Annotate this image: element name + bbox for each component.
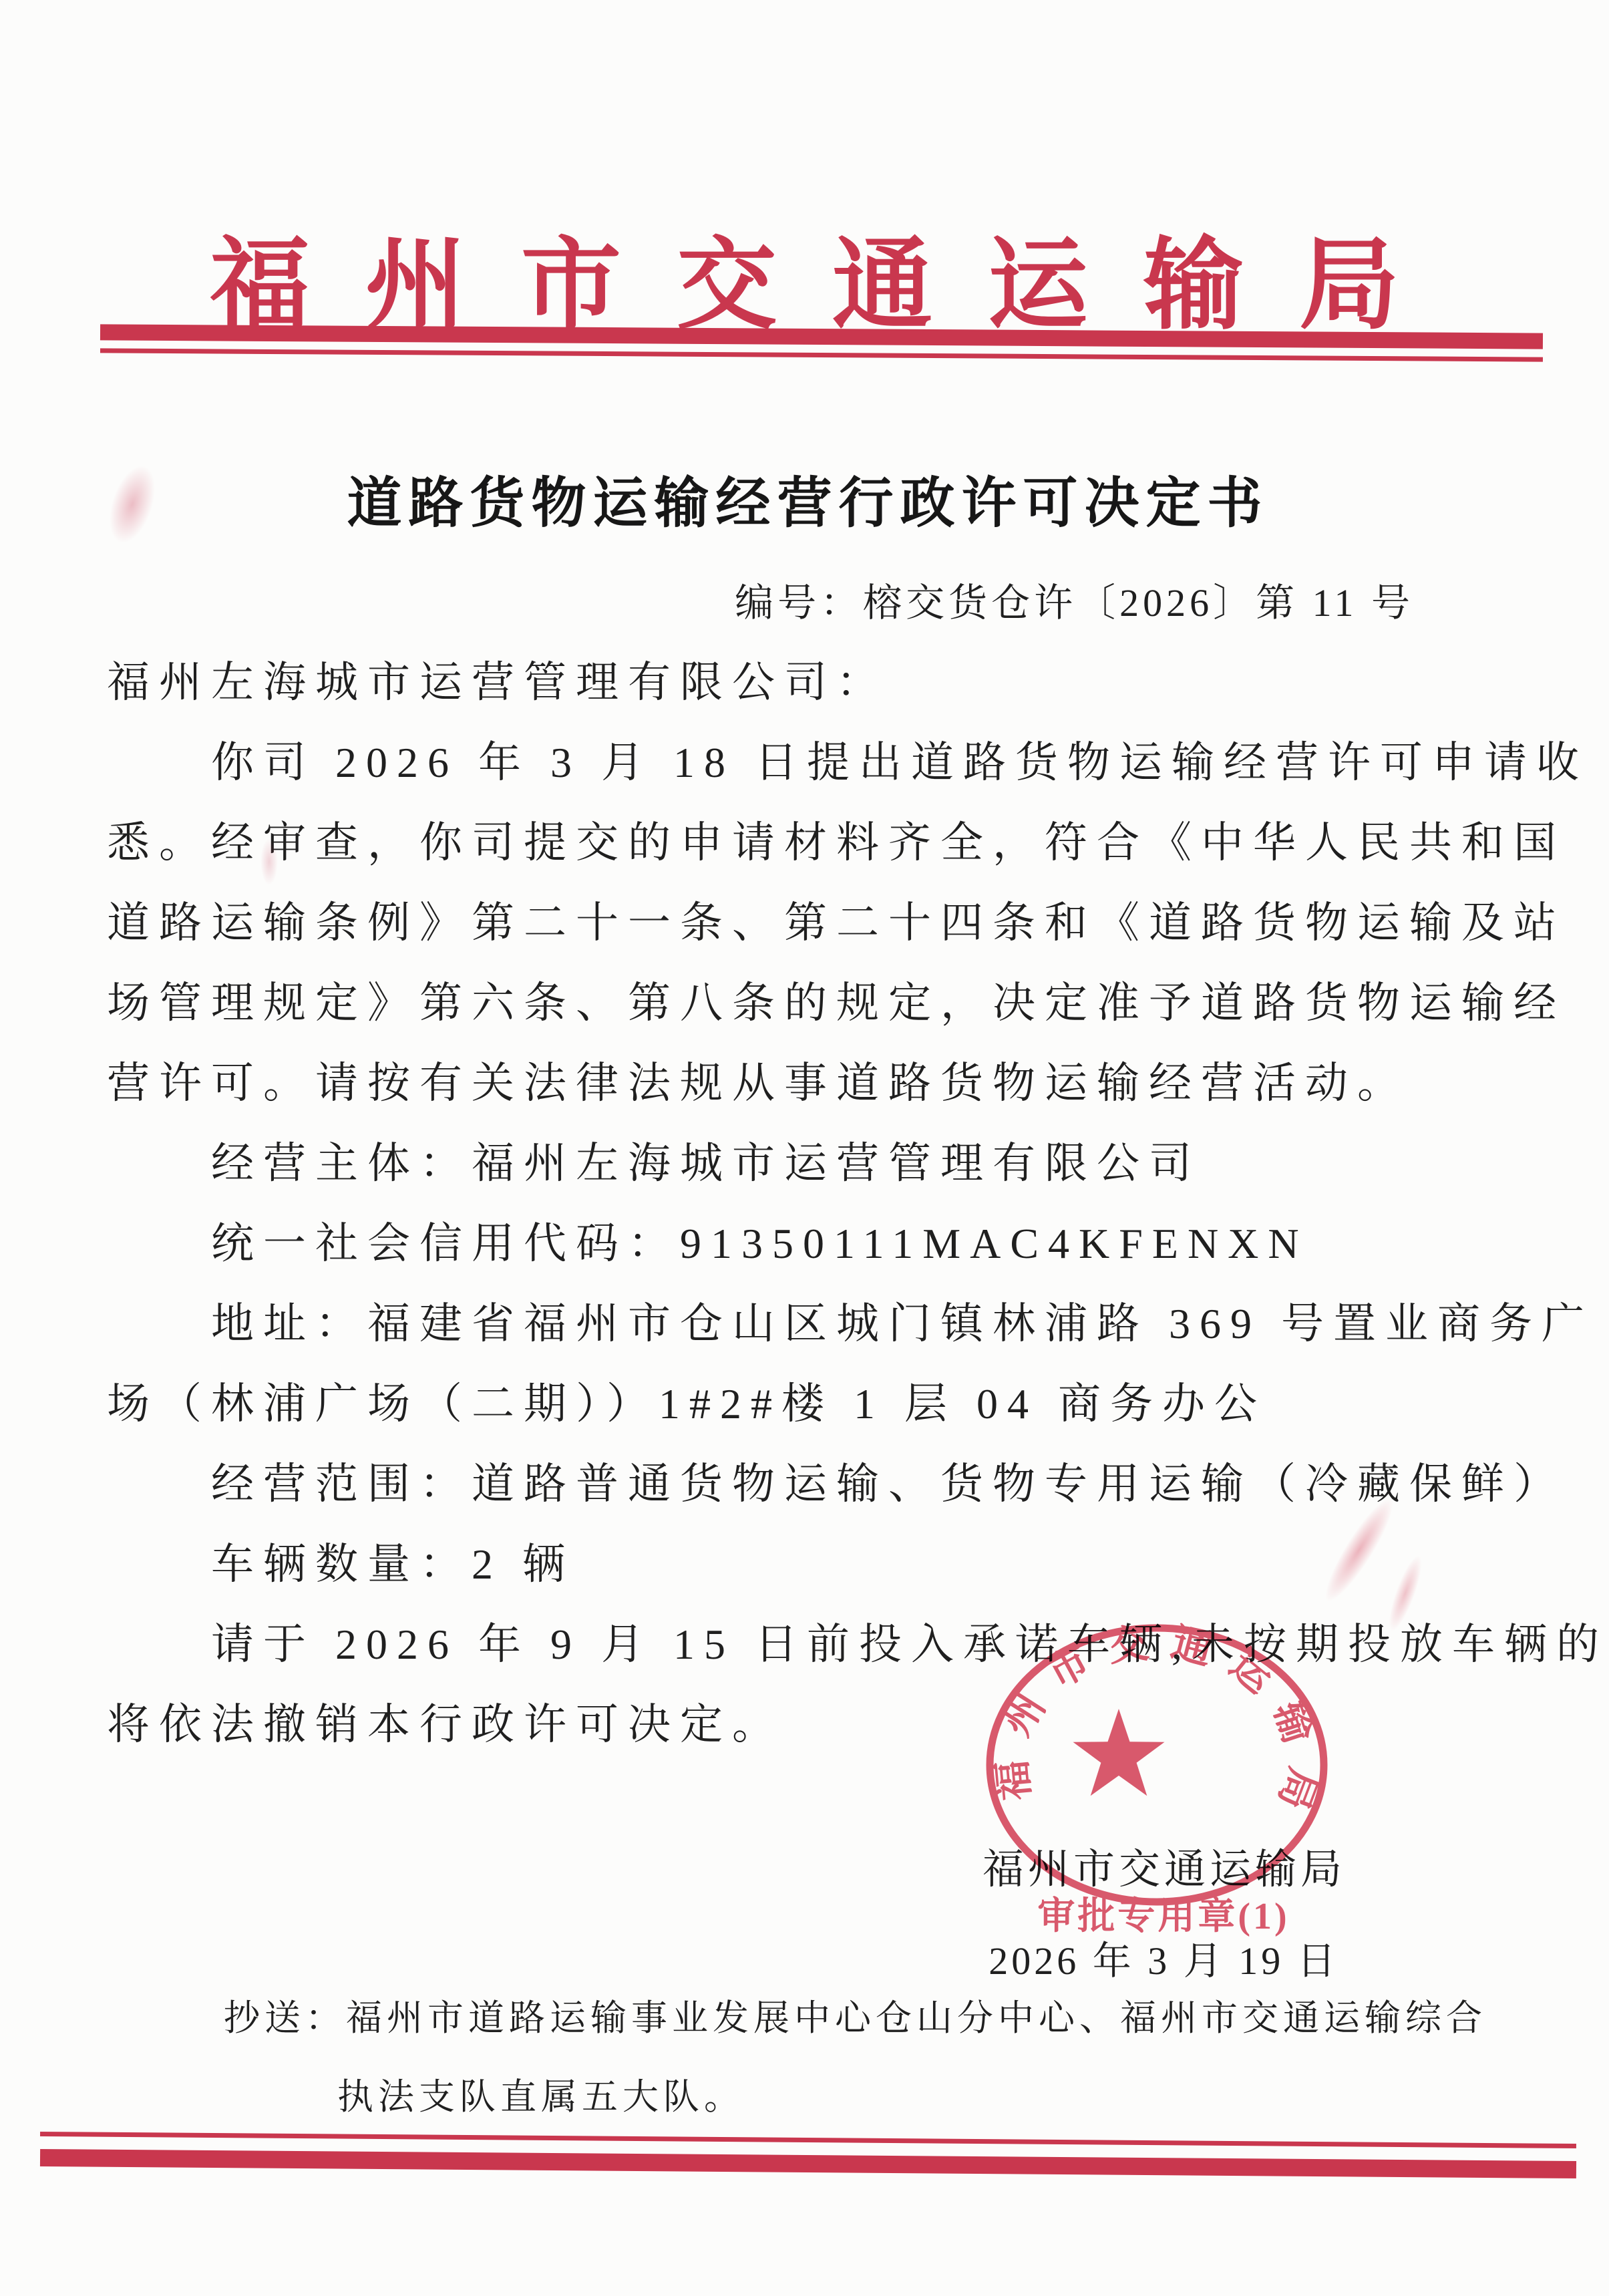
seal-arc-text-wrapper: 福州市交通运输局 [989, 1619, 1326, 1833]
body-line: 统一社会信用代码：91350111MAC4KFENXN [107, 1204, 1536, 1284]
body-line: 经营主体：福州左海城市运营管理有限公司 [107, 1124, 1536, 1204]
body-line: 你司 2026 年 3 月 18 日提出道路货物运输经营许可申请收 [107, 723, 1536, 803]
document-number: 编号：榕交货仓许〔2026〕第 11 号 [0, 571, 1414, 627]
body-line: 经营范围：道路普通货物运输、货物专用运输（冷藏保鲜） [107, 1444, 1536, 1524]
document-page: 福州市交通运输局 道路货物运输经营行政许可决定书 编号：榕交货仓许〔2026〕第… [0, 0, 1609, 2296]
footer-rule-thick [40, 2149, 1576, 2178]
body-text: 福州左海城市运营管理有限公司： 你司 2026 年 3 月 18 日提出道路货物… [107, 643, 1536, 1765]
footer-rule-thin [40, 2132, 1576, 2148]
body-line: 车辆数量：2 辆 [107, 1524, 1536, 1605]
body-line: 悉。经审查，你司提交的申请材料齐全，符合《中华人民共和国 [107, 803, 1536, 883]
body-line: 道路运输条例》第二十一条、第二十四条和《道路货物运输及站 [107, 883, 1536, 963]
header-rule-thin [100, 348, 1543, 361]
addressee-line: 福州左海城市运营管理有限公司： [107, 643, 1536, 723]
body-line: 地址：福建省福州市仓山区城门镇林浦路 369 号置业商务广 [107, 1284, 1536, 1364]
cc-line-continued: 执法支队直属五大队。 [337, 2068, 745, 2120]
body-line: 营许可。请按有关法律法规从事道路货物运输经营活动。 [107, 1043, 1536, 1124]
seal-inner-text: 审批专用章(1) [948, 1887, 1376, 1940]
body-line: 场管理规定》第六条、第八条的规定，决定准予道路货物运输经 [107, 963, 1536, 1043]
document-title: 道路货物运输经营行政许可决定书 [0, 460, 1609, 538]
cc-line: 抄送：福州市道路运输事业发展中心仓山分中心、福州市交通运输综合 [224, 1989, 1487, 2041]
seal-star [1073, 1709, 1165, 1796]
seal-graphic: 福州市交通运输局 [972, 1617, 1346, 1931]
body-line: 场（林浦广场（二期））1#2#楼 1 层 04 商务办公 [107, 1364, 1536, 1444]
seal-arc-text: 福州市交通运输局 [989, 1619, 1326, 1833]
